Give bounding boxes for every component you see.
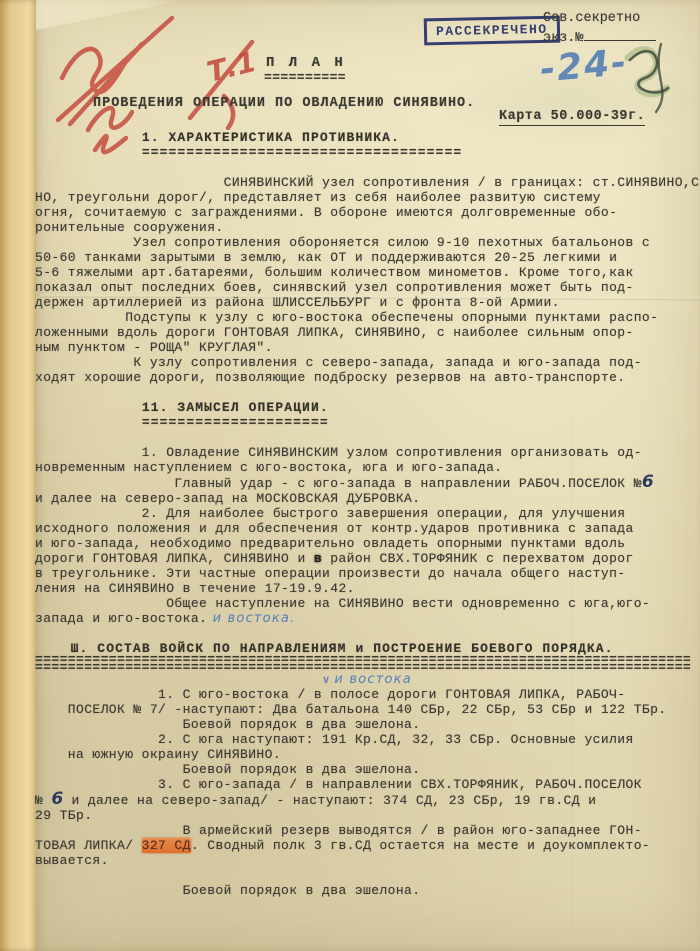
- map-reference: Карта 50.000-39г.: [499, 109, 645, 126]
- doc-line: Подступы к узлу с юго-востока обеспечены…: [35, 310, 700, 325]
- doc-line: ПОСЕЛОК № 7/ -наступают: Два батальона 1…: [35, 702, 700, 717]
- handwritten-blue-text: и востока: [334, 672, 412, 687]
- handwritten-blue-text: и востока.: [207, 611, 295, 626]
- doc-line: огня, сочитаемую с заграждениями. В обор…: [35, 205, 700, 220]
- doc-line: 11. ЗАМЫСЕЛ ОПЕРАЦИИ.: [35, 400, 700, 415]
- doc-line: [35, 385, 700, 400]
- doc-line: =====================: [35, 415, 700, 430]
- doc-line: Боевой порядок в два эшелона.: [35, 762, 700, 777]
- classification-label: Сов.секретно: [543, 11, 640, 26]
- handwritten-ink-digit: 6: [642, 472, 654, 492]
- document-title: П Л А Н: [266, 55, 346, 71]
- doc-line: ходят хорошие дороги, позволяющие подбро…: [35, 370, 700, 385]
- title-underline: ==========: [264, 70, 346, 85]
- doc-line: в треугольнике. Эти частные операции про…: [35, 566, 700, 581]
- doc-line: новременным наступлением с юго-востока, …: [35, 460, 700, 475]
- doc-line: ления на СИНЯВИНО в течение 17-19.9.42.: [35, 581, 700, 596]
- document-subtitle: ПРОВЕДЕНИЯ ОПЕРАЦИИ ПО ОВЛАДЕНИЮ СИНЯВИН…: [93, 96, 475, 111]
- typed-text: Главный удар - с юго-запада в направлени…: [35, 476, 642, 491]
- doc-line: исходного положения и для обеспечения от…: [35, 521, 700, 536]
- doc-line: 2. С юга наступают: 191 Кр.СД, 32, 33 СБ…: [35, 732, 700, 747]
- blank-underline: [584, 28, 656, 41]
- doc-line: 29 ТБр.: [35, 808, 700, 823]
- doc-line: 50-60 танками зарытыми в землю, как ОТ и…: [35, 250, 700, 265]
- doc-line: [35, 868, 700, 883]
- declassified-stamp: РАССЕКРЕЧЕНО: [424, 16, 560, 46]
- doc-line: на южную окраину СИНЯВИНО.: [35, 747, 700, 762]
- doc-line: запада и юго-востока. и востока.: [35, 611, 700, 626]
- typed-text: [35, 672, 322, 687]
- doc-line: Главный удар - с юго-запада в направлени…: [35, 475, 700, 491]
- typed-text: дороги ГОНТОВАЯ ЛИПКА, СИНЯВИНО и: [35, 551, 314, 566]
- doc-line: дороги ГОНТОВАЯ ЛИПКА, СИНЯВИНО и в райо…: [35, 551, 700, 566]
- doc-line: 5-6 тяжелыми арт.батареями, большим коли…: [35, 265, 700, 280]
- doc-line: № 6 и далее на северо-запад/ - наступают…: [35, 792, 700, 808]
- doc-line: К узлу сопротивления с северо-запада, за…: [35, 355, 700, 370]
- typed-text: . Сводный полк 3 гв.СД остается на месте…: [191, 838, 650, 853]
- doc-line: показал опыт последних боев, синявский у…: [35, 280, 700, 295]
- highlighted-text: 327 СД: [142, 838, 191, 853]
- doc-line: СИНЯВИНСКИЙ узел сопротивления / в грани…: [35, 175, 700, 190]
- doc-line: Боевой порядок в два эшелона.: [35, 717, 700, 732]
- handwritten-ink-digit: 6: [51, 789, 63, 809]
- doc-line: Общее наступление на СИНЯВИНО вести одно…: [35, 596, 700, 611]
- doc-line: и юго-запада, необходимо предварительно …: [35, 536, 700, 551]
- doc-line: [35, 626, 700, 641]
- doc-line: ====================================: [35, 145, 700, 160]
- doc-line: ложенными вдоль дороги ГОНТОВАЯ ЛИПКА, С…: [35, 325, 700, 340]
- typed-text: и далее на северо-запад/ - наступают: 37…: [63, 793, 596, 808]
- handwritten-correction: в: [314, 551, 322, 566]
- doc-line: [35, 160, 700, 175]
- typed-text: ТОВАЯ ЛИПКА/: [35, 838, 142, 853]
- doc-line: 3. С юго-запада / в направлении СВХ.ТОРФ…: [35, 777, 700, 792]
- doc-line: и далее на северо-запад на МОСКОВСКАЯ ДУ…: [35, 491, 700, 506]
- doc-line: ========================================…: [35, 664, 700, 672]
- document-body: 1. ХАРАКТЕРИСТИКА ПРОТИВНИКА. ==========…: [35, 130, 700, 898]
- typed-text: запада и юго-востока.: [35, 611, 207, 626]
- doc-line: 1. Овладение СИНЯВИНСКИМ узлом сопротивл…: [35, 445, 700, 460]
- scanned-document-page: { "annotations": { "stamp": "РАССЕКРЕЧЕН…: [0, 0, 700, 951]
- doc-line: вывается.: [35, 853, 700, 868]
- insertion-caret: ∨: [322, 673, 334, 686]
- doc-line: Узел сопротивления обороняется силою 9-1…: [35, 235, 700, 250]
- doc-line: НО, треугольни дорог/, представляет из с…: [35, 190, 700, 205]
- doc-line: [35, 430, 700, 445]
- typed-text: район СВХ.ТОРФЯНИК с перехватом дорог: [322, 551, 634, 566]
- doc-line: держен артиллерией из района ШЛИССЕЛЬБУР…: [35, 295, 700, 310]
- doc-line: 1. ХАРАКТЕРИСТИКА ПРОТИВНИКА.: [35, 130, 700, 145]
- doc-line: В армейский резерв выводятся / в район ю…: [35, 823, 700, 838]
- copy-number-text: экз.№: [543, 31, 584, 46]
- doc-line: 2. Для наиболее быстрого завершения опер…: [35, 506, 700, 521]
- doc-line: 1. С юго-востока / в полосе дороги ГОНТО…: [35, 687, 700, 702]
- doc-line: Боевой порядок в два эшелона.: [35, 883, 700, 898]
- doc-line: ным пунктом - РОЩА" КРУГЛАЯ".: [35, 340, 700, 355]
- doc-line: ронительные сооружения.: [35, 220, 700, 235]
- doc-line: ТОВАЯ ЛИПКА/ 327 СД. Сводный полк 3 гв.С…: [35, 838, 700, 853]
- underlying-page-edge: [0, 0, 40, 951]
- typed-text: №: [35, 793, 51, 808]
